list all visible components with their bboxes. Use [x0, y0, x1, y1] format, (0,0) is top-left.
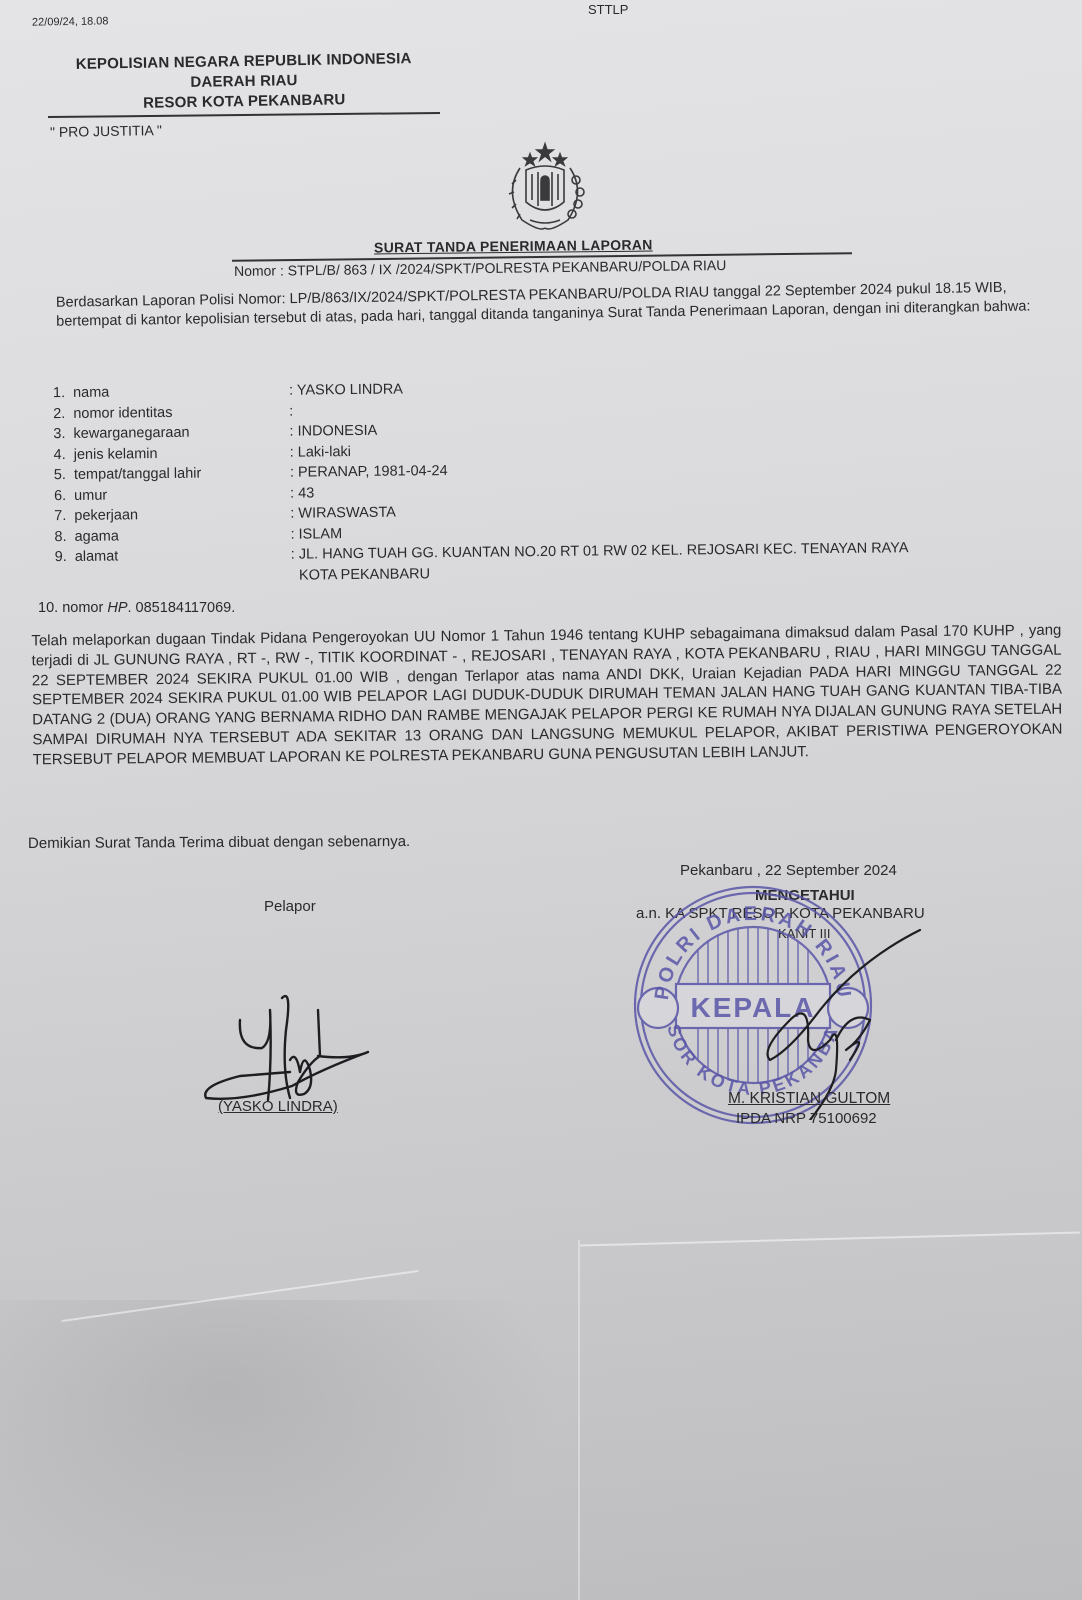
- field-label: umur: [74, 483, 290, 506]
- place-date: Pekanbaru , 22 September 2024: [680, 862, 897, 879]
- reporter-signature-icon: [200, 990, 380, 1110]
- paper-shadow: [0, 1300, 560, 1600]
- paper-crease: [580, 1231, 1080, 1246]
- officer-rank-nrp: IPDA NRP 75100692: [736, 1110, 877, 1127]
- reporter-details: 1. nama : YASKO LINDRA 2. nomor identita…: [39, 373, 1051, 589]
- reporter-name: (YASKO LINDRA): [218, 1098, 338, 1115]
- field-label: nomor identitas: [73, 401, 289, 424]
- reporter-label: Pelapor: [264, 898, 316, 915]
- document-title: SURAT TANDA PENERIMAAN LAPORAN: [374, 237, 653, 256]
- field-label: jenis kelamin: [74, 442, 290, 465]
- print-timestamp: 22/09/24, 18.08: [32, 15, 109, 28]
- closing-statement: Demikian Surat Tanda Terima dibuat denga…: [28, 833, 410, 852]
- document-code: STTLP: [588, 2, 628, 17]
- police-emblem-icon: [490, 140, 600, 240]
- field-label: nama: [73, 381, 289, 404]
- intro-paragraph: Berdasarkan Laporan Polisi Nomor: LP/B/8…: [56, 278, 1046, 332]
- agency-header: KEPOLISIAN NEGARA REPUBLIK INDONESIA DAE…: [54, 49, 435, 116]
- paper-crease: [578, 1240, 580, 1600]
- field-label: pekerjaan: [74, 504, 290, 527]
- field-label: agama: [74, 524, 290, 547]
- report-description: Telah melaporkan dugaan Tindak Pidana Pe…: [31, 621, 1062, 770]
- officer-name: M. KRISTIAN GULTOM: [728, 1090, 890, 1108]
- pro-justitia-label: " PRO JUSTITIA ": [50, 122, 162, 140]
- field-label: tempat/tanggal lahir: [74, 463, 290, 486]
- field-nomor-hp: 10. nomor HP. 085184117069.: [38, 600, 235, 616]
- field-value: . 085184117069.: [128, 600, 236, 616]
- field-label: kewarganegaraan: [73, 422, 289, 445]
- field-label: alamat: [75, 545, 291, 568]
